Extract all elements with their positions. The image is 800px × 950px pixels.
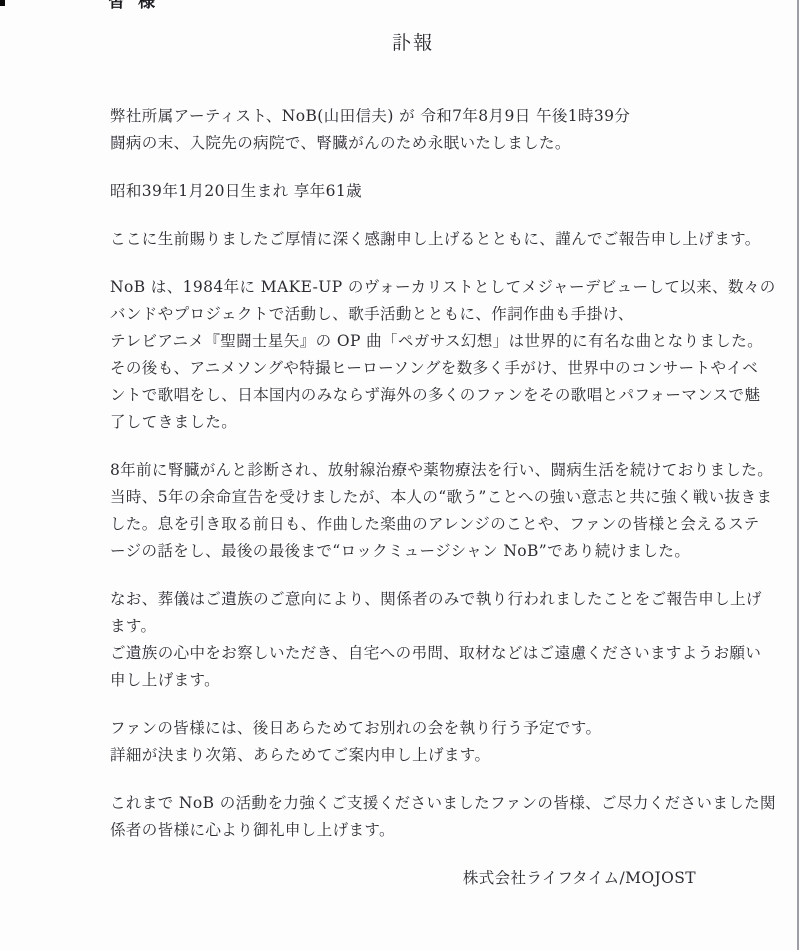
paragraph-line: その後も、アニメソングや特撮ヒーローソングを数多く手がけ、世界中のコンサートやイ…	[110, 355, 716, 382]
paragraph-line: 詳細が決まり次第、あらためてご案内申し上げます。	[110, 742, 716, 769]
paragraph-line: ここに生前賜りましたご厚情に深く感謝申し上げるとともに、謹んでご報告申し上げます…	[110, 226, 716, 253]
paragraph-farewell-event: ファンの皆様には、後日あらためてお別れの会を執り行う予定です。 詳細が決まり次第…	[110, 715, 716, 769]
paragraph-line: した。息を引き取る前日も、作曲した楽曲のアレンジのことや、ファンの皆様と会えるス…	[110, 511, 716, 538]
paragraph-birth-age: 昭和39年1月20日生まれ 享年61歳	[110, 178, 716, 205]
paragraph-line: 闘病の末、入院先の病院で、腎臓がんのため永眠いたしました。	[110, 130, 716, 157]
paragraph-line: 申し上げます。	[110, 667, 716, 694]
scan-corner-artifact	[0, 0, 5, 6]
paragraph-line: ントで歌唱をし、日本国内のみならず海外の多くのファンをその歌唱とパフォーマンスで…	[110, 382, 716, 409]
paragraph-line: NoB は、1984年に MAKE-UP のヴォーカリストとしてメジャーデビュー…	[110, 274, 716, 301]
paragraph-line: テレビアニメ『聖闘士星矢』の OP 曲「ペガサス幻想」は世界的に有名な曲となりま…	[110, 328, 716, 355]
paragraph-line: 係者の皆様に心より御礼申し上げます。	[110, 817, 716, 844]
paragraph-line: 昭和39年1月20日生まれ 享年61歳	[110, 178, 716, 205]
paragraph-line: 了してきました。	[110, 409, 716, 436]
scan-right-edge-line	[797, 0, 799, 950]
paragraph-line: ご遺族の心中をお察しいただき、自宅への弔問、取材などはご遠慮くださいますようお願…	[110, 640, 716, 667]
paragraph-line: ファンの皆様には、後日あらためてお別れの会を執り行う予定です。	[110, 715, 716, 742]
paragraph-line: これまで NoB の活動を力強くご支援くださいましたファンの皆様、ご尽力ください…	[110, 790, 716, 817]
paragraph-death-announcement: 弊社所属アーティスト、NoB(山田信夫) が 令和7年8月9日 午後1時39分 …	[110, 103, 716, 157]
paragraph-line: ージの話をし、最後の最後まで“ロックミュージシャン NoB”であり続けました。	[110, 538, 716, 565]
paragraph-line: バンドやプロジェクトで活動し、歌手活動とともに、作詞作曲も手掛け、	[110, 301, 716, 328]
paragraph-line: 弊社所属アーティスト、NoB(山田信夫) が 令和7年8月9日 午後1時39分	[110, 103, 716, 130]
paragraph-illness: 8年前に腎臓がんと診断され、放射線治療や薬物療法を行い、闘病生活を続けておりまし…	[110, 457, 716, 565]
paragraph-line: 当時、5年の余命宣告を受けましたが、本人の“歌う”ことへの強い意志と共に強く戦い…	[110, 484, 716, 511]
paragraph-funeral: なお、葬儀はご遺族のご意向により、関係者のみで執り行われましたことをご報告申し上…	[110, 586, 716, 694]
paragraph-thanks: これまで NoB の活動を力強くご支援くださいましたファンの皆様、ご尽力ください…	[110, 790, 716, 844]
scanned-obituary-page: 皆様 訃報 弊社所属アーティスト、NoB(山田信夫) が 令和7年8月9日 午後…	[0, 0, 800, 950]
page-title: 訃報	[110, 30, 716, 57]
paragraph-line: ます。	[110, 613, 716, 640]
paragraph-line: 8年前に腎臓がんと診断され、放射線治療や薬物療法を行い、闘病生活を続けておりまし…	[110, 457, 716, 484]
company-signature: 株式会社ライフタイム/MOJOST	[110, 865, 716, 892]
document-body: 訃報 弊社所属アーティスト、NoB(山田信夫) が 令和7年8月9日 午後1時3…	[110, 0, 716, 892]
paragraph-gratitude: ここに生前賜りましたご厚情に深く感謝申し上げるとともに、謹んでご報告申し上げます…	[110, 226, 716, 253]
paragraph-career: NoB は、1984年に MAKE-UP のヴォーカリストとしてメジャーデビュー…	[110, 274, 716, 436]
paragraph-line: なお、葬儀はご遺族のご意向により、関係者のみで執り行われましたことをご報告申し上…	[110, 586, 716, 613]
